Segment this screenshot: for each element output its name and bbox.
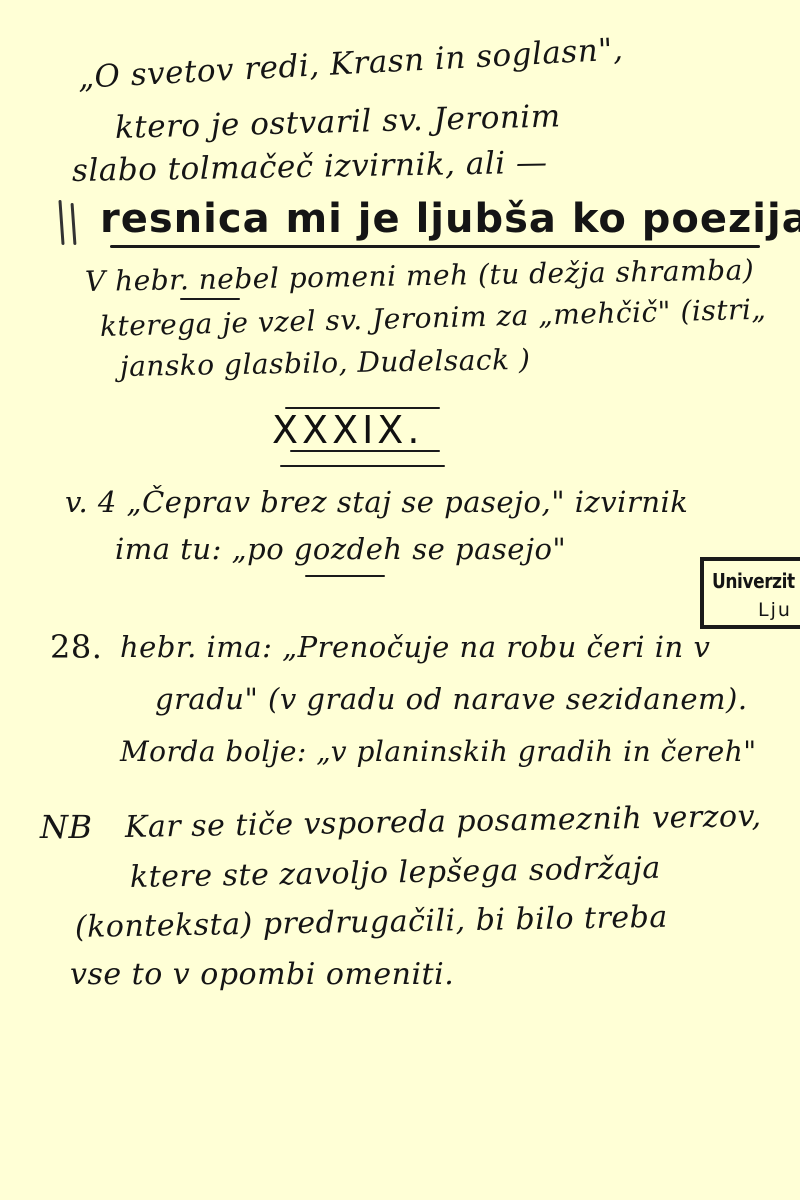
manuscript-line: V hebr. nebel pomeni meh (tu dežja shram…	[85, 253, 755, 298]
manuscript-line: kterega je vzel sv. Jeronim za „mehčič" …	[100, 293, 767, 343]
margin-mark	[58, 200, 64, 245]
margin-mark	[71, 203, 77, 245]
stamp-line-1: Univerzit	[712, 569, 795, 593]
library-stamp: Univerzit Lju	[700, 557, 800, 629]
underline-gozdeh	[305, 575, 385, 577]
manuscript-line: Morda bolje: „v planinskih gradih in čer…	[120, 735, 757, 768]
manuscript-line: vse to v opombi omeniti.	[70, 957, 454, 992]
manuscript-line: ima tu: „po gozdeh se pasejo"	[115, 532, 566, 566]
underline	[110, 245, 760, 248]
paragraph-number: 28.	[50, 628, 102, 666]
emphasis-line: resnica mi je ljubša ko poezija!	[100, 196, 800, 242]
manuscript-line: „O svetov redi, Krasn in soglasn",	[77, 31, 624, 96]
manuscript-line: slabo tolmačeč izvirnik, ali —	[72, 145, 548, 189]
manuscript-line: gradu" (v gradu od narave sezidanem).	[155, 682, 748, 716]
heading-rule	[280, 465, 445, 467]
nb-marker: NB	[40, 808, 93, 846]
section-heading: XXXIX.	[272, 408, 423, 452]
stamp-line-2: Lju	[758, 599, 792, 621]
manuscript-line: hebr. ima: „Prenočuje na robu čeri in v	[120, 630, 710, 664]
manuscript-line: Kar se tiče vsporeda posameznih verzov,	[125, 799, 762, 845]
heading-underline	[290, 450, 440, 452]
manuscript-line: ktere ste zavoljo lepšega sodržaja	[130, 851, 661, 895]
manuscript-line: (konteksta) predrugačili, bi bilo treba	[75, 900, 668, 945]
manuscript-line: v. 4 „Čeprav brez staj se pasejo," izvir…	[65, 485, 688, 519]
manuscript-line: jansko glasbilo, Dudelsack )	[120, 343, 531, 383]
manuscript-line: ktero je ostvaril sv. Jeronim	[115, 98, 562, 146]
underline	[180, 298, 240, 300]
